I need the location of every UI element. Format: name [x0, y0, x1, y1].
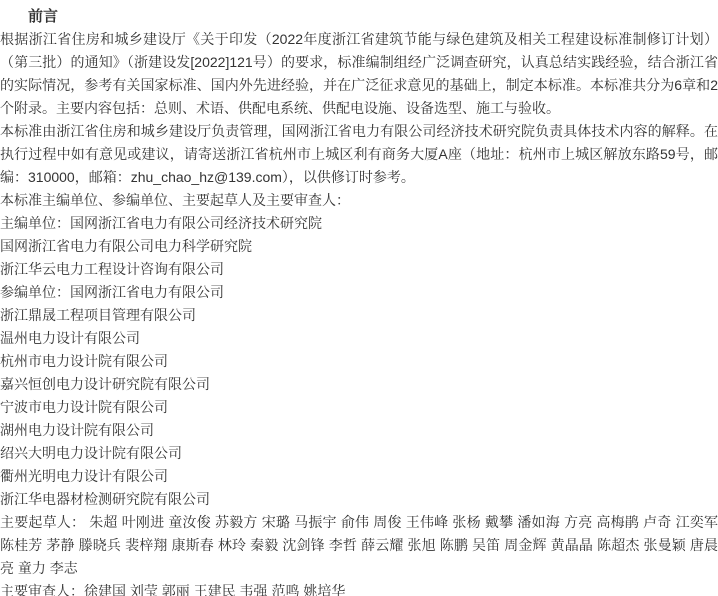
participating-unit: 温州电力设计有限公司	[0, 327, 718, 350]
drafters-line: 主要起草人： 朱超 叶刚进 童汝俊 苏毅方 宋璐 马振宇 俞伟 周俊 王伟峰 张…	[0, 511, 718, 580]
reviewers-line: 主要审查人：徐建国 刘莹 郭丽 王建民 韦强 范鸣 姚培华	[0, 580, 718, 596]
chief-editor-unit: 主编单位：国网浙江省电力有限公司经济技术研究院	[0, 212, 718, 235]
management-paragraph: 本标准由浙江省住房和城乡建设厅负责管理，国网浙江省电力有限公司经济技术研究院负责…	[0, 120, 718, 189]
document-lines: 根据浙江省住房和城乡建设厅《关于印发（2022年度浙江省建筑节能与绿色建筑及相关…	[0, 28, 718, 596]
participating-unit: 绍兴大明电力设计院有限公司	[0, 442, 718, 465]
participating-unit: 浙江华电器材检测研究院有限公司	[0, 488, 718, 511]
participating-unit: 衢州光明电力设计有限公司	[0, 465, 718, 488]
document-page: 前言 根据浙江省住房和城乡建设厅《关于印发（2022年度浙江省建筑节能与绿色建筑…	[0, 0, 718, 596]
chief-editor-unit: 浙江华云电力工程设计咨询有限公司	[0, 258, 718, 281]
participating-unit: 嘉兴恒创电力设计研究院有限公司	[0, 373, 718, 396]
participating-unit: 杭州市电力设计院有限公司	[0, 350, 718, 373]
participating-unit: 宁波市电力设计院有限公司	[0, 396, 718, 419]
chief-editor-unit: 国网浙江省电力有限公司电力科学研究院	[0, 235, 718, 258]
credits-heading: 本标准主编单位、参编单位、主要起草人及主要审查人：	[0, 189, 718, 212]
page-title: 前言	[0, 5, 718, 28]
participating-unit: 浙江鼎晟工程项目管理有限公司	[0, 304, 718, 327]
participating-unit: 湖州电力设计院有限公司	[0, 419, 718, 442]
participating-unit: 参编单位：国网浙江省电力有限公司	[0, 281, 718, 304]
intro-paragraph: 根据浙江省住房和城乡建设厅《关于印发（2022年度浙江省建筑节能与绿色建筑及相关…	[0, 28, 718, 120]
